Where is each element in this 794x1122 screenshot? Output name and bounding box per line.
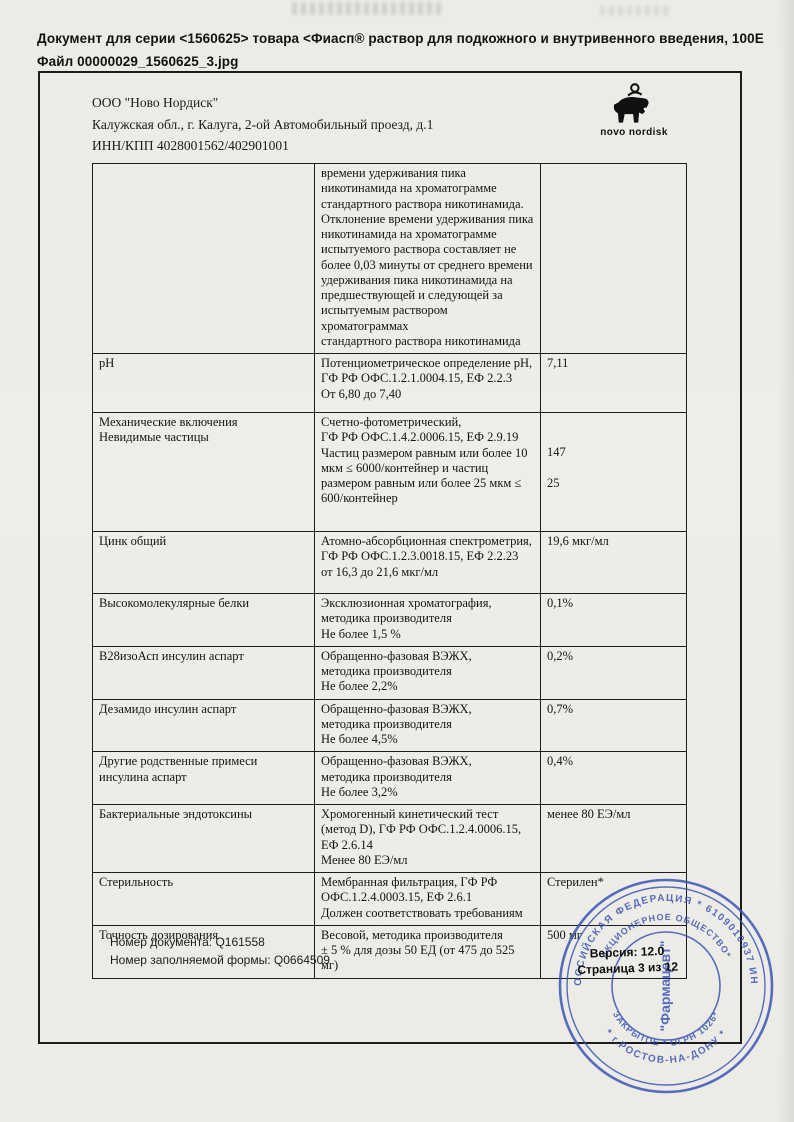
spec-param-cell: Высокомолекулярные белки: [93, 594, 315, 647]
spec-method-cell: Весовой, методика производителя ± 5 % дл…: [315, 925, 541, 978]
spec-result-cell: 19,6 мкг/мл: [541, 532, 687, 594]
spec-param-cell: Стерильность: [93, 873, 315, 926]
spec-row-2: pHПотенциометрическое определение pH, ГФ…: [93, 354, 687, 413]
document-series-title: Документ для серии <1560625> товара <Фиа…: [37, 31, 782, 46]
spec-method-cell: Атомно-абсорбционная спектрометрия, ГФ Р…: [315, 532, 541, 594]
spec-method-cell: Обращенно-фазовая ВЭЖХ, методика произво…: [315, 752, 541, 805]
spec-row-8: Другие родственные примеси инсулина аспа…: [93, 752, 687, 805]
spec-row-7: Дезамидо инсулин аспартОбращенно-фазовая…: [93, 699, 687, 752]
novo-nordisk-bull-icon: [608, 82, 660, 126]
spec-param-cell: Другие родственные примеси инсулина аспа…: [93, 752, 315, 805]
spec-param-cell: Механические включения Невидимые частицы: [93, 413, 315, 532]
spec-result-cell: 0,1%: [541, 594, 687, 647]
spec-method-cell: Мембранная фильтрация, ГФ РФ ОФС.1.2.4.0…: [315, 873, 541, 926]
spec-result-cell: [541, 164, 687, 354]
footer-block: Номер документа: Q161558 Номер заполняем…: [110, 933, 330, 969]
spec-row-4: Цинк общийАтомно-абсорбционная спектроме…: [93, 532, 687, 594]
spec-method-cell: Потенциометрическое определение pH, ГФ Р…: [315, 354, 541, 413]
spec-param-cell: Дезамидо инсулин аспарт: [93, 699, 315, 752]
document-number: Номер документа: Q161558: [110, 933, 330, 951]
form-number: Номер заполняемой формы: Q0664509: [110, 951, 330, 969]
spec-result-cell: менее 80 ЕЭ/мл: [541, 805, 687, 873]
spec-result-cell: 0,7%: [541, 699, 687, 752]
spec-row-3: Механические включения Невидимые частицы…: [93, 413, 687, 532]
spec-result-cell: 0,4%: [541, 752, 687, 805]
round-stamp: РОССИЙСКАЯ ФЕДЕРАЦИЯ * 6109010937 ИНН * …: [549, 869, 783, 1103]
spec-param-cell: В28изоАсп инсулин аспарт: [93, 646, 315, 699]
version-page-overlay: Версия: 12.0 Страница 3 из 12: [589, 942, 678, 977]
spec-result-cell: 7,11: [541, 354, 687, 413]
spec-method-cell: времени удерживания пика никотинамида на…: [315, 164, 541, 354]
company-address: Калужская обл., г. Калуга, 2-ой Автомоби…: [92, 114, 433, 136]
spec-method-cell: Хромогенный кинетический тест (метод D),…: [315, 805, 541, 873]
spec-method-cell: Счетно-фотометрический, ГФ РФ ОФС.1.4.2.…: [315, 413, 541, 532]
document-page: Документ для серии <1560625> товара <Фиа…: [0, 0, 794, 1122]
spec-param-cell: Цинк общий: [93, 532, 315, 594]
spec-param-cell: [93, 164, 315, 354]
spec-result-cell: 0,2%: [541, 646, 687, 699]
spec-param-cell: pH: [93, 354, 315, 413]
spec-row-6: В28изоАсп инсулин аспартОбращенно-фазова…: [93, 646, 687, 699]
specification-table: времени удерживания пика никотинамида на…: [92, 163, 687, 979]
spec-row-5: Высокомолекулярные белкиЭксклюзионная хр…: [93, 594, 687, 647]
company-block: ООО "Ново Нордиск" Калужская обл., г. Ка…: [92, 92, 433, 157]
company-name: ООО "Ново Нордиск": [92, 92, 433, 114]
novo-nordisk-wordmark: novo nordisk: [594, 127, 674, 138]
spec-method-cell: Обращенно-фазовая ВЭЖХ, методика произво…: [315, 699, 541, 752]
novo-nordisk-logo: novo nordisk: [594, 82, 674, 138]
spec-method-cell: Обращенно-фазовая ВЭЖХ, методика произво…: [315, 646, 541, 699]
document-file-name: Файл 00000029_1560625_3.jpg: [37, 54, 782, 69]
spec-param-cell: Бактериальные эндотоксины: [93, 805, 315, 873]
bleed-through-marks: [600, 6, 670, 16]
bleed-through-marks: [292, 2, 442, 15]
spec-result-cell: 147 25: [541, 413, 687, 532]
spec-row-1: времени удерживания пика никотинамида на…: [93, 164, 687, 354]
company-inn-kpp: ИНН/КПП 4028001562/402901001: [92, 135, 433, 157]
spec-method-cell: Эксклюзионная хроматография, методика пр…: [315, 594, 541, 647]
spec-row-9: Бактериальные эндотоксиныХромогенный кин…: [93, 805, 687, 873]
